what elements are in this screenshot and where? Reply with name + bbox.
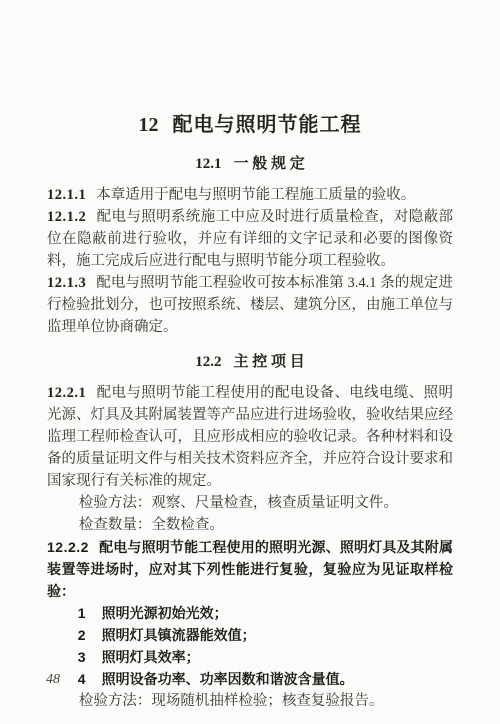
inspection-method-12-2-1: 检验方法：观察、尺量检查，核查质量证明文件。: [47, 492, 453, 514]
clause-text: 本章适用于配电与照明节能工程施工质量的验收。: [96, 187, 415, 203]
section-title-12-1: 12.1一 般 规 定: [47, 156, 453, 172]
inspection-quantity-12-2-1: 检查数量：全数检查。: [47, 514, 453, 536]
clause-text: 配电与照明系统施工中应及时进行质量检查，对隐蔽部位在隐蔽前进行验收，并应有详细的…: [47, 209, 453, 269]
list-item-text: 照明设备功率、功率因数和谐波含量值。: [102, 671, 354, 687]
list-item-number: 4: [78, 671, 86, 687]
clause-12-1-3: 12.1.3配电与照明节能工程验收可按本标准第 3.4.1 条的规定进行检验批划…: [47, 272, 453, 338]
clause-text: 配电与照明节能工程验收可按本标准第 3.4.1 条的规定进行检验批划分，也可按照…: [47, 275, 453, 335]
clause-12-2-1: 12.2.1配电与照明节能工程使用的配电设备、电线电缆、照明光源、灯具及其附属装…: [47, 382, 453, 492]
list-item-1: 1照明光源初始光效；: [78, 602, 453, 624]
list-item-text: 照明灯具镇流器能效值；: [102, 627, 256, 643]
list-item-4: 4照明设备功率、功率因数和谐波含量值。: [78, 668, 453, 690]
clause-number: 12.2.1: [47, 385, 86, 401]
chapter-name: 配电与照明节能工程: [173, 114, 362, 136]
section-number: 12.2: [195, 354, 221, 370]
chapter-number: 12: [139, 114, 159, 136]
clause-text: 配电与照明节能工程使用的配电设备、电线电缆、照明光源、灯具及其附属装置等产品应进…: [47, 385, 453, 489]
list-item-3: 3照明灯具效率；: [78, 646, 453, 668]
clause-12-1-1: 12.1.1本章适用于配电与照明节能工程施工质量的验收。: [47, 184, 453, 206]
chapter-title: 12配电与照明节能工程: [47, 112, 453, 138]
clause-12-1-2: 12.1.2配电与照明系统施工中应及时进行质量检查，对隐蔽部位在隐蔽前进行验收，…: [47, 206, 453, 272]
page-number: 48: [46, 672, 60, 688]
document-page: 12配电与照明节能工程 12.1一 般 规 定 12.1.1本章适用于配电与照明…: [0, 0, 500, 724]
section-title-12-2: 12.2主 控 项 目: [47, 354, 453, 370]
list-item-number: 1: [78, 605, 86, 621]
section-name: 一 般 规 定: [233, 156, 304, 172]
list-item-text: 照明光源初始光效；: [102, 605, 228, 621]
section-number: 12.1: [195, 156, 221, 172]
list-item-text: 照明灯具效率；: [102, 649, 200, 665]
list-item-number: 2: [78, 627, 86, 643]
section-name: 主 控 项 目: [233, 354, 304, 370]
list-item-2: 2照明灯具镇流器能效值；: [78, 624, 453, 646]
inspection-method-12-2-2: 检验方法：现场随机抽样检验；核查复验报告。: [47, 690, 453, 712]
clause-number: 12.1.1: [47, 187, 86, 203]
clause-number: 12.1.2: [47, 209, 86, 225]
list-item-number: 3: [78, 649, 86, 665]
clause-number: 12.1.3: [47, 275, 86, 291]
clause-text: 配电与照明节能工程使用的照明光源、照明灯具及其附属装置等进场时，应对其下列性能进…: [47, 539, 453, 599]
clause-number: 12.2.2: [47, 539, 89, 555]
clause-12-2-2: 12.2.2配电与照明节能工程使用的照明光源、照明灯具及其附属装置等进场时，应对…: [47, 536, 453, 602]
